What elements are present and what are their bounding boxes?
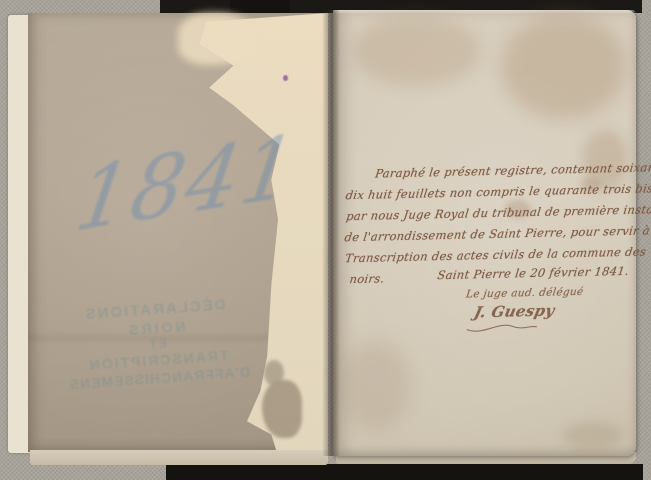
page-top-edge [333, 10, 636, 14]
left-endpaper-page: 1841 DÉCLARATIONS NOIRS ET TRANSCRIPTION… [28, 13, 328, 452]
paraph-line: dix huit feuillets non compris le quaran… [345, 181, 651, 202]
paraph-page: Paraphé le présent registre, contenant s… [333, 10, 636, 456]
archival-book-scan: 1841 DÉCLARATIONS NOIRS ET TRANSCRIPTION… [0, 0, 651, 480]
paraph-line: par nous Juge Royal du tribunal de premi… [345, 202, 651, 224]
book-gutter [322, 10, 340, 456]
signoff: Le juge aud. délégué [465, 286, 584, 301]
paraph-line: de l'arrondissement de Saint Pierre, pou… [344, 223, 651, 244]
page-edge-strip-left [30, 450, 328, 465]
paper-stain [351, 16, 481, 86]
paraph-line: Transcription des actes civils de la com… [344, 244, 647, 265]
penciled-year-bleedthrough: 1841 [69, 117, 293, 252]
paper-stain [501, 14, 626, 119]
dateline: Saint Pierre le 20 février 1841. [437, 264, 630, 282]
paraph-last-word: noirs. [349, 271, 386, 286]
paper-stain [341, 340, 411, 430]
paper-remnant [262, 380, 302, 438]
stamp-bleedthrough: DÉCLARATIONS NOIRS ET TRANSCRIPTION D'AF… [29, 292, 284, 395]
signature: J. Guespy [472, 301, 556, 321]
book-cover-edge-bottom [166, 464, 643, 480]
ink-spot [283, 75, 288, 81]
paper-stain [563, 422, 623, 448]
torn-paper-patch [193, 13, 328, 452]
signature-flourish [465, 319, 539, 337]
